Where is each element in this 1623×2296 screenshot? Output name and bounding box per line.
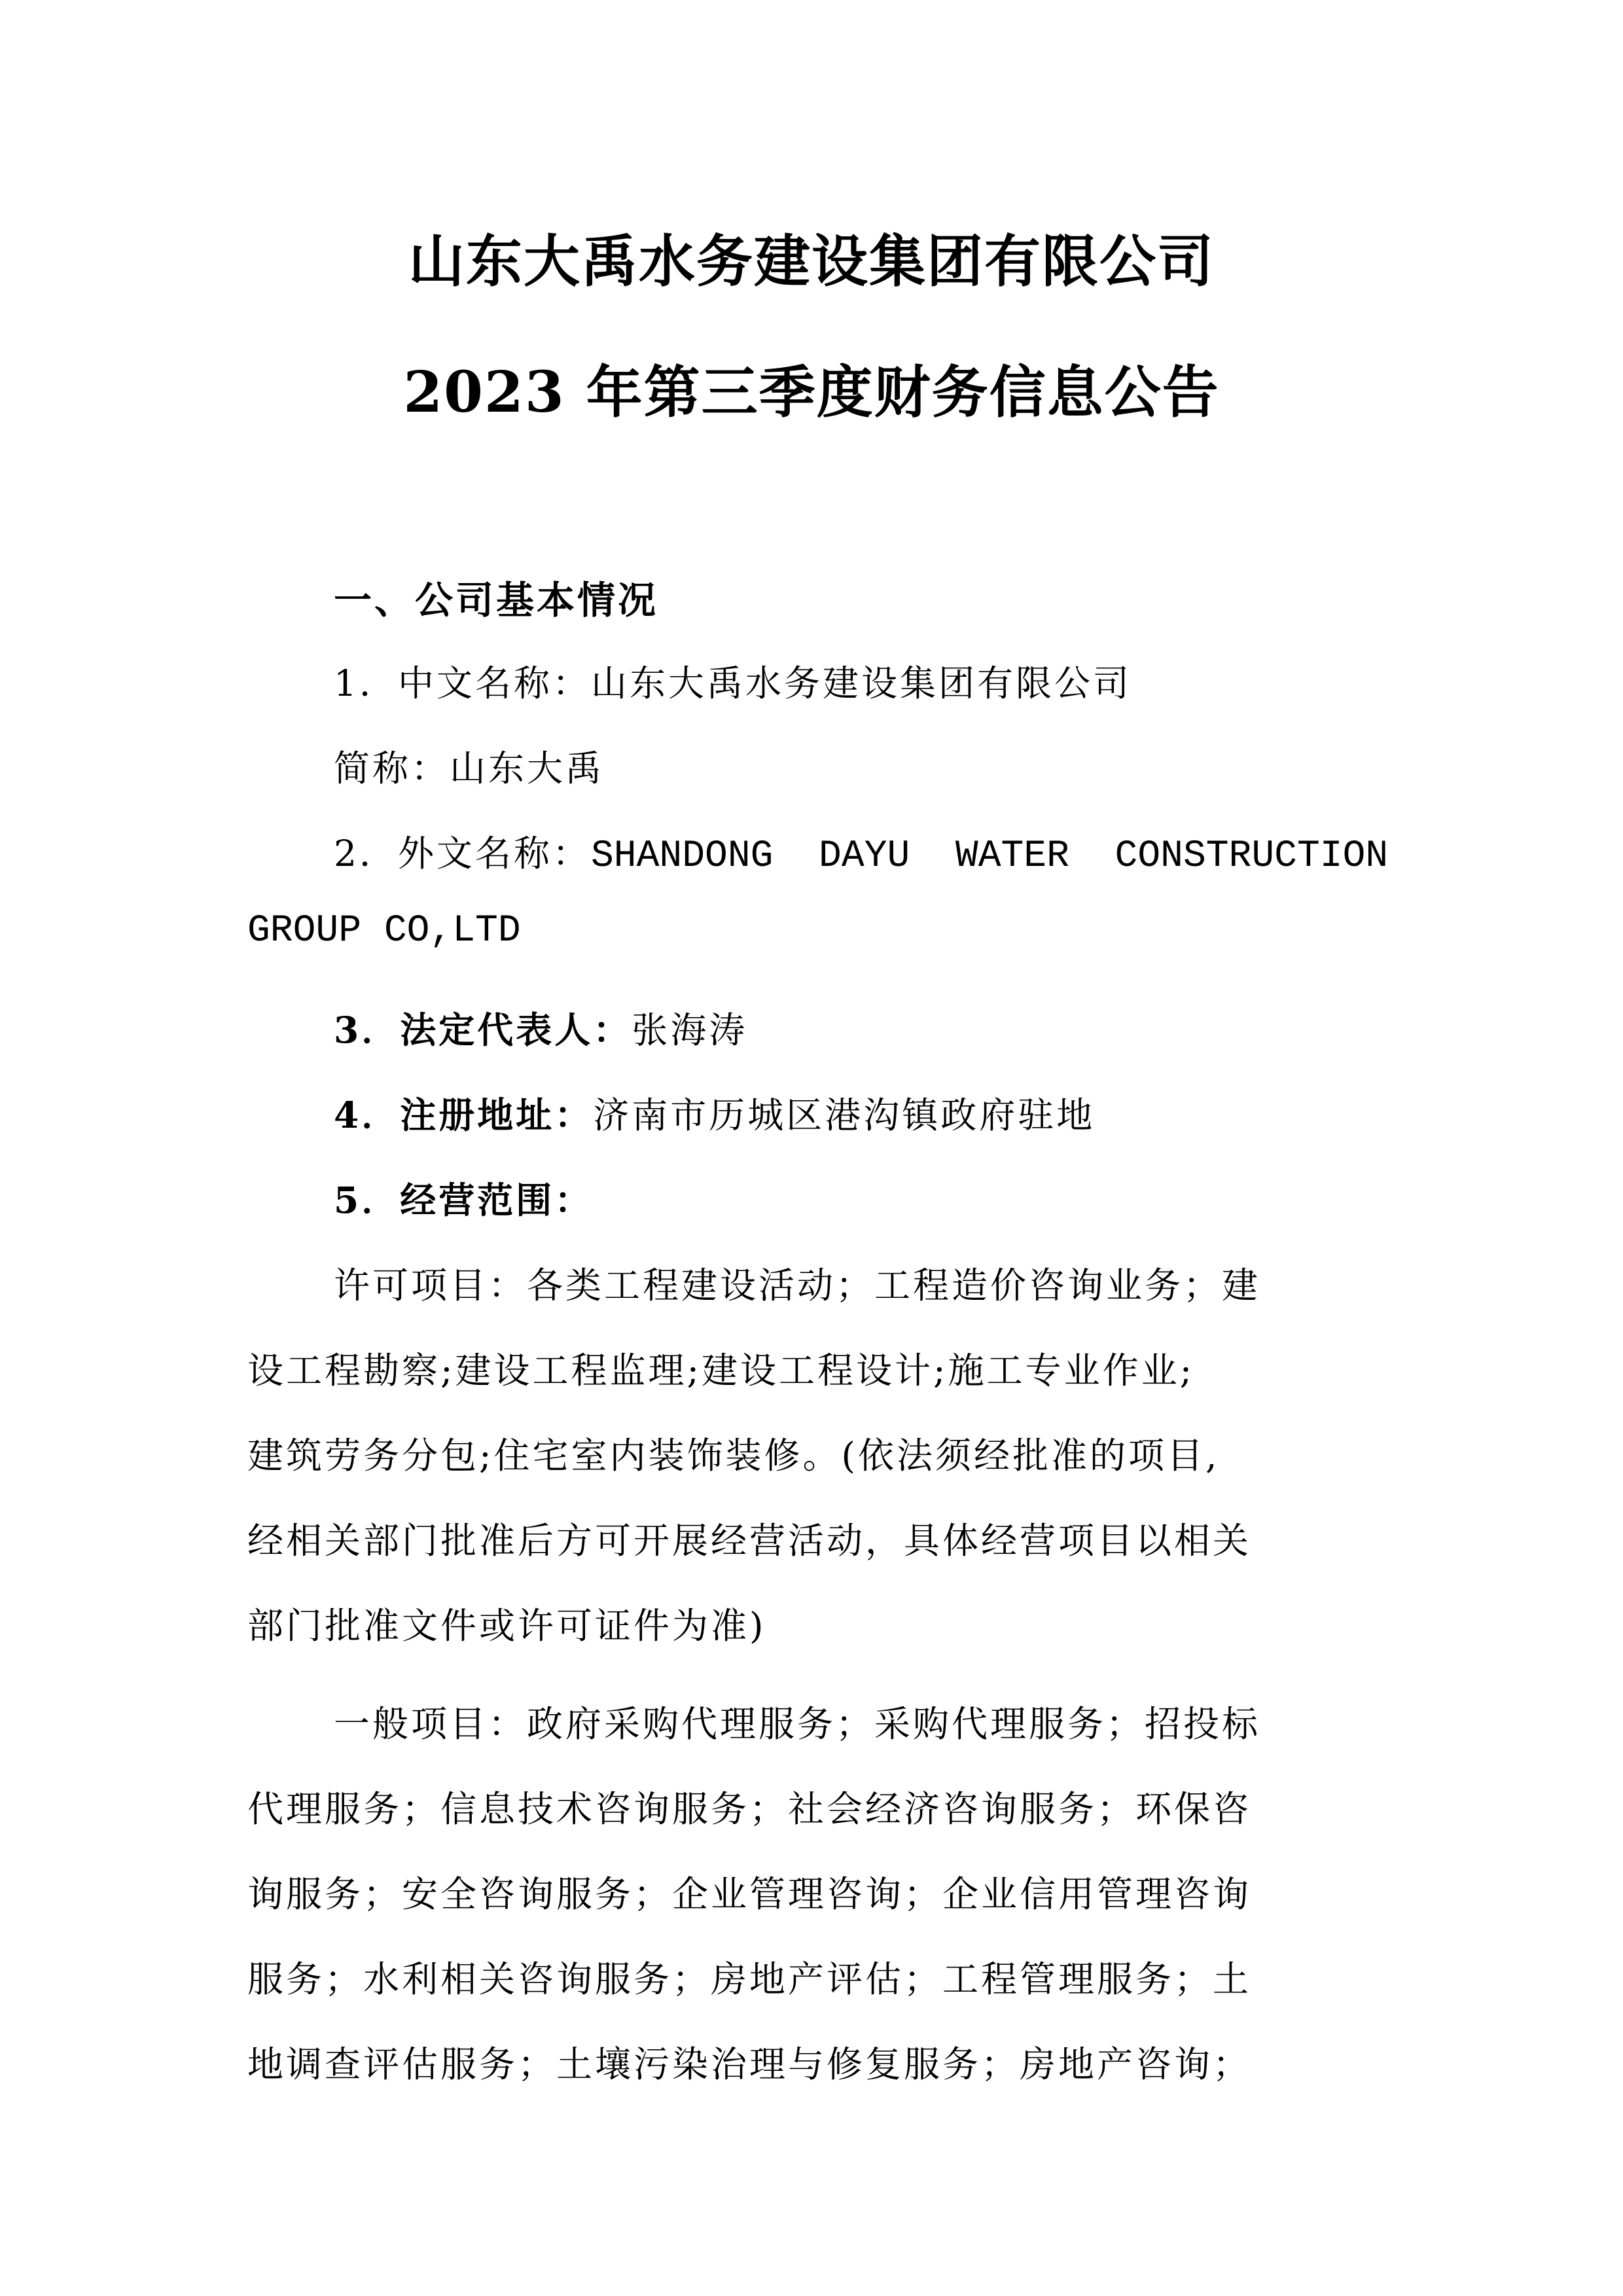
permit-line-2: 设工程勘察;建设工程监理;建设工程设计;施工专业作业; xyxy=(247,1342,1386,1393)
permit-line-1: 许可项目：各类工程建设活动；工程造价咨询业务；建 xyxy=(334,1257,1472,1308)
chinese-name-value: 山东大禹水务建设集团有限公司 xyxy=(591,662,1132,704)
general-line-3: 询服务；安全咨询服务；企业管理咨询；企业信用管理咨询 xyxy=(247,1865,1386,1917)
section-heading-basic-info: 一、公司基本情况 xyxy=(334,569,1472,624)
address-row: 4．注册地址：济南市历城区港沟镇政府驻地 xyxy=(334,1086,1472,1138)
short-name-row: 简称：山东大禹 xyxy=(334,740,1472,791)
english-name-value-line1: SHANDONG DAYU WATER CONSTRUCTION xyxy=(591,835,1388,878)
permit-line-3: 建筑劳务分包;住宅室内装饰装修。(依法须经批准的项目, xyxy=(247,1427,1386,1479)
short-name-value: 山东大禹 xyxy=(450,747,604,789)
legal-rep-value: 张海涛 xyxy=(632,1009,747,1051)
chinese-name-row: 1．中文名称：山东大禹水务建设集团有限公司 xyxy=(334,655,1472,706)
document-page: 山东大禹水务建设集团有限公司 2023 年第三季度财务信息公告 一、公司基本情况… xyxy=(0,0,1623,2296)
english-name-row: 2．外文名称：SHANDONG DAYU WATER CONSTRUCTION xyxy=(334,825,1472,878)
general-line-2: 代理服务；信息技术咨询服务；社会经济咨询服务；环保咨 xyxy=(247,1780,1386,1832)
legal-rep-label: 3．法定代表人： xyxy=(334,1009,632,1051)
document-title-line1: 山东大禹水务建设集团有限公司 xyxy=(0,216,1623,297)
english-name-value-line2: GROUP CO,LTD xyxy=(247,910,1386,952)
short-name-label: 简称： xyxy=(334,747,450,789)
legal-rep-row: 3．法定代表人：张海涛 xyxy=(334,1001,1472,1053)
address-value: 济南市历城区港沟镇政府驻地 xyxy=(593,1094,1095,1136)
general-line-1: 一般项目：政府采购代理服务；采购代理服务；招投标 xyxy=(334,1695,1472,1747)
chinese-name-label: 1．中文名称： xyxy=(334,662,591,704)
permit-line-5: 部门批准文件或许可证件为准) xyxy=(247,1597,1386,1649)
document-title-line2: 2023 年第三季度财务信息公告 xyxy=(0,347,1623,428)
general-line-4: 服务；水利相关咨询服务；房地产评估；工程管理服务；土 xyxy=(247,1950,1386,2002)
address-label: 4．注册地址： xyxy=(334,1094,593,1136)
english-name-label: 2．外文名称： xyxy=(334,833,591,874)
scope-label: 5．经营范围： xyxy=(334,1172,1472,1223)
general-line-5: 地调查评估服务；土壤污染治理与修复服务；房地产咨询； xyxy=(247,2036,1386,2087)
permit-line-4: 经相关部门批准后方可开展经营活动，具体经营项目以相关 xyxy=(247,1512,1386,1564)
